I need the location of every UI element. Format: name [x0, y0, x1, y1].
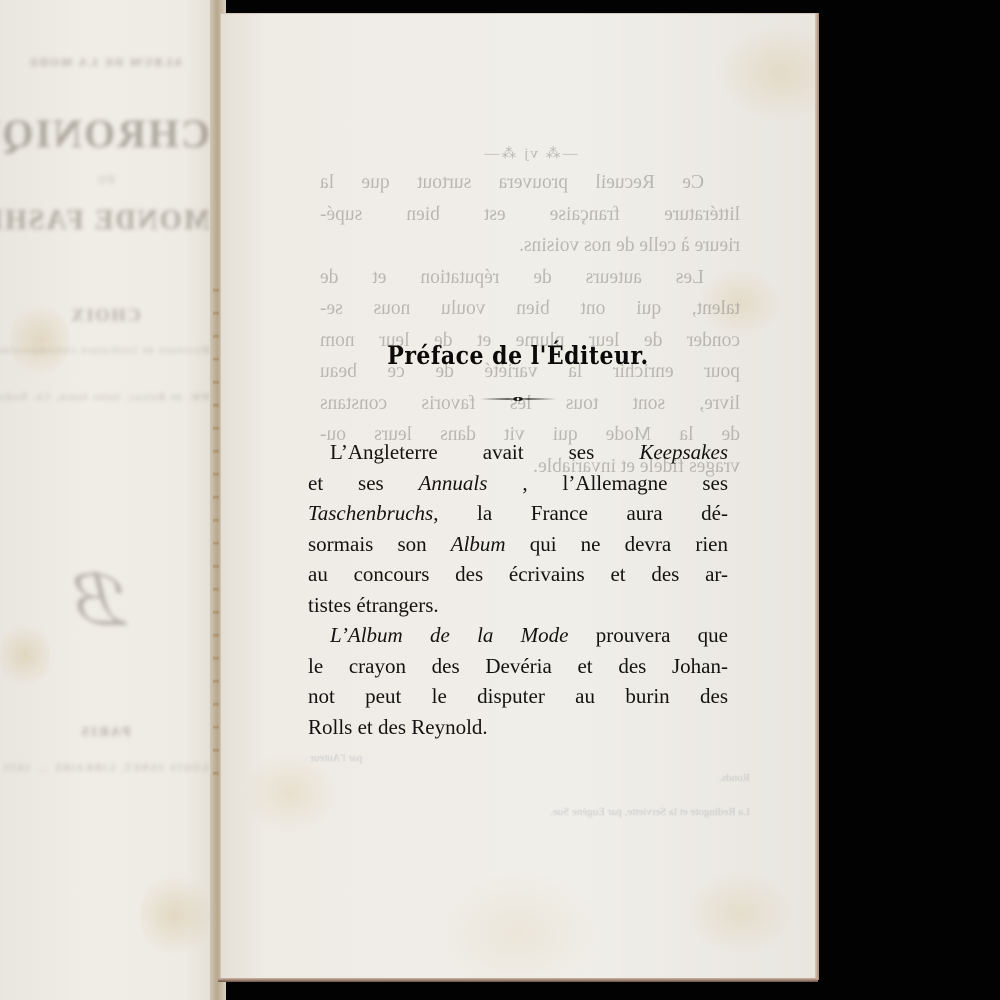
text-run: prouvera que	[569, 623, 729, 647]
show-through-line: Les auteurs de réputation et de	[320, 262, 740, 294]
foxing-stain	[140, 870, 210, 960]
text-run: , la France aura dé-	[433, 501, 728, 525]
text-run: le crayon des Devéria et des Johan-	[308, 654, 728, 678]
ornamental-rule-icon	[480, 395, 556, 403]
left-ghost-line: PARIS	[0, 725, 210, 741]
right-page: —⁂ vj ⁂— Ce Recueil prouvera surtout que…	[220, 13, 818, 980]
preface-content: Préface de l'Éditeur. L’Angleterre avait…	[308, 335, 728, 742]
text-run: not peut le disputer au burin des	[308, 684, 728, 708]
show-through-page-header: —⁂ vj ⁂—	[320, 141, 740, 167]
italic-title: Album	[451, 532, 506, 556]
italic-title: Keepsakes	[639, 440, 728, 464]
text-run: L’Angleterre avait ses	[330, 440, 639, 464]
page-title: Préface de l'Éditeur.	[308, 341, 728, 371]
text-line: tistes étrangers.	[308, 590, 728, 621]
italic-title: L’Album de la Mode	[330, 623, 569, 647]
left-ghost-line: CHRONIQUE	[0, 110, 210, 157]
show-through-line: par l'Auteur	[310, 748, 750, 768]
book-photo-scene: ALBUM DE LA MODE CHRONIQUE DU MONDE FASH…	[0, 0, 1000, 1000]
left-ghost-line: ALBUM DE LA MODE	[0, 55, 210, 70]
text-line: le crayon des Devéria et des Johan-	[308, 651, 728, 682]
reverse-show-through-lower: par l'Auteur Ronds. La Redingote et la S…	[310, 748, 750, 822]
page-fore-edge	[815, 13, 819, 980]
show-through-line: talent, qui ont bien voulu nous se-	[320, 293, 740, 325]
show-through-line: La Redingote et la Serviette, par Eugène…	[310, 802, 750, 822]
text-line: sormais son Album qui ne devra rien	[308, 529, 728, 560]
show-through-line: Ronds.	[310, 768, 750, 788]
show-through-line: rieure à celle de nos voisins.	[320, 230, 740, 262]
text-line: not peut le disputer au burin des	[308, 681, 728, 712]
preface-body: L’Angleterre avait ses Keepsakeset ses A…	[308, 437, 728, 742]
text-line: L’Angleterre avait ses Keepsakes	[308, 437, 728, 468]
text-run: sormais son	[308, 532, 451, 556]
page-bottom-edge	[218, 978, 818, 982]
text-run: Rolls et des Reynold.	[308, 715, 488, 739]
text-line: Rolls et des Reynold.	[308, 712, 728, 743]
text-run: et ses	[308, 471, 419, 495]
text-line: au concours des écrivains et des ar-	[308, 559, 728, 590]
left-ghost-line: DU	[0, 175, 210, 186]
gutter-foxing	[213, 270, 219, 790]
text-run: au concours des écrivains et des ar-	[308, 562, 728, 586]
paragraph: L’Album de la Mode prouvera quele crayon…	[308, 620, 728, 742]
text-run: , l’Allemagne ses	[487, 471, 728, 495]
text-line: Taschenbruchs, la France aura dé-	[308, 498, 728, 529]
foxing-stain	[10, 300, 70, 380]
show-through-line: Ce Recueil prouvera surtout que la	[320, 167, 740, 199]
text-line: et ses Annuals , l’Allemagne ses	[308, 468, 728, 499]
left-ghost-line: MM. de Balzac, Jules Janin, Ch. Nodier, …	[0, 390, 210, 405]
text-run: qui ne devra rien	[506, 532, 728, 556]
left-page-blurred-text: ALBUM DE LA MODE CHRONIQUE DU MONDE FASH…	[0, 0, 218, 1000]
italic-title: Taschenbruchs	[308, 501, 433, 525]
text-run: tistes étrangers.	[308, 593, 439, 617]
foxing-stain	[0, 620, 50, 690]
paragraph: L’Angleterre avait ses Keepsakeset ses A…	[308, 437, 728, 620]
left-ghost-line: MONDE FASHIONABLE	[0, 205, 210, 237]
italic-title: Annuals	[419, 471, 488, 495]
show-through-line: littérature française est bien supé-	[320, 199, 740, 231]
text-line: L’Album de la Mode prouvera que	[308, 620, 728, 651]
left-facing-page: ALBUM DE LA MODE CHRONIQUE DU MONDE FASH…	[0, 0, 218, 1000]
left-ghost-line: LOUIS JANET, LIBRAIRE ... 1833	[0, 760, 210, 778]
